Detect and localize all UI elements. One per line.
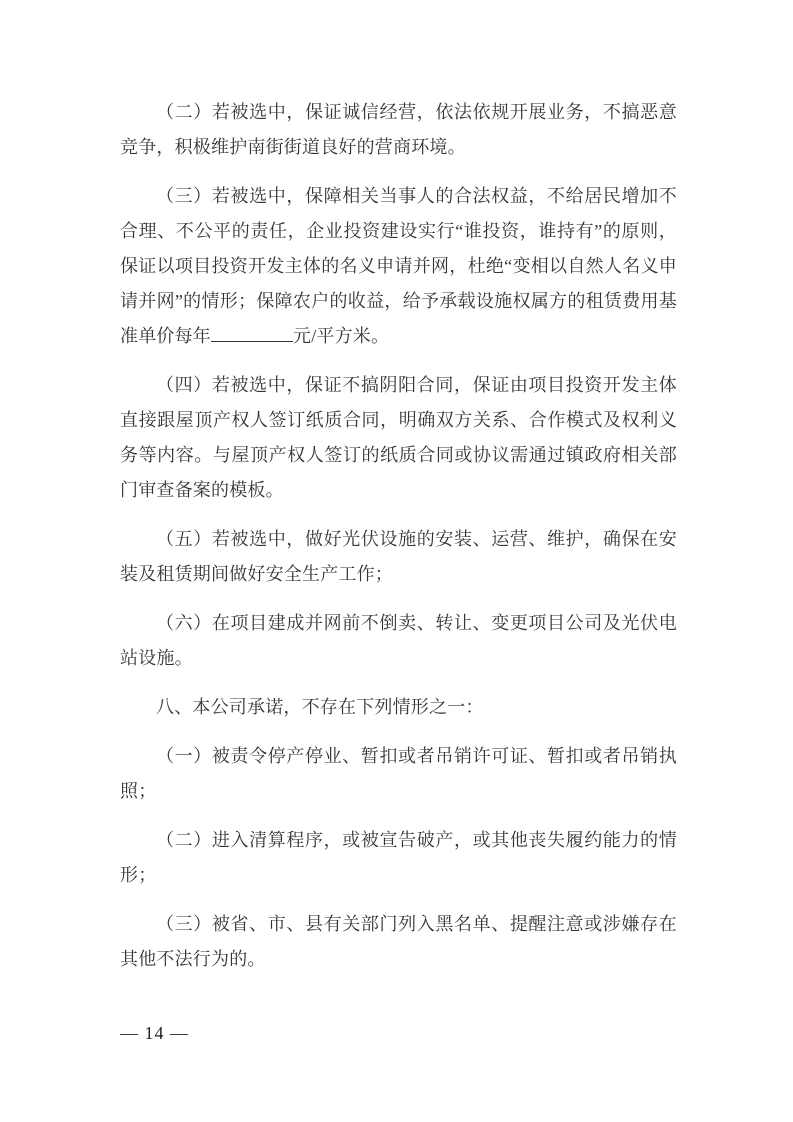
paragraph-text: （三）被省、市、县有关部门列入黑名单、提醒注意或涉嫌存在其他不法行为的。 (120, 914, 677, 969)
paragraph-text: （二）进入清算程序，或被宣告破产，或其他丧失履约能力的情形； (120, 830, 677, 885)
paragraph: （一）被责令停产停业、暂扣或者吊销许可证、暂扣或者吊销执照； (120, 739, 677, 809)
paragraph-text: 八、本公司承诺，不存在下列情形之一： (156, 697, 484, 717)
paragraph-text: （一）被责令停产停业、暂扣或者吊销许可证、暂扣或者吊销执照； (120, 746, 677, 801)
paragraph-text: （五）若被选中，做好光伏设施的安装、运营、维护，确保在安装及租赁期间做好安全生产… (120, 529, 677, 584)
paragraph-text-after-blank: 元/平方米。 (293, 326, 389, 346)
paragraph-text: （四）若被选中，保证不搞阴阳合同，保证由项目投资开发主体直接跟屋顶产权人签订纸质… (120, 375, 677, 500)
document-page: （二）若被选中，保证诚信经营，依法依规开展业务，不搞恶意竞争，积极维护南街街道良… (0, 0, 793, 1122)
paragraph-text: （二）若被选中，保证诚信经营，依法依规开展业务，不搞恶意竞争，积极维护南街街道良… (120, 102, 677, 157)
fill-in-blank-underline (211, 340, 293, 342)
paragraph: （四）若被选中，保证不搞阴阳合同，保证由项目投资开发主体直接跟屋顶产权人签订纸质… (120, 368, 677, 508)
paragraph: （二）若被选中，保证诚信经营，依法依规开展业务，不搞恶意竞争，积极维护南街街道良… (120, 95, 677, 165)
paragraph-text: （六）在项目建成并网前不倒卖、转让、变更项目公司及光伏电站设施。 (120, 613, 677, 668)
paragraph: （三）被省、市、县有关部门列入黑名单、提醒注意或涉嫌存在其他不法行为的。 (120, 907, 677, 977)
paragraph: （五）若被选中，做好光伏设施的安装、运营、维护，确保在安装及租赁期间做好安全生产… (120, 522, 677, 592)
paragraph: （六）在项目建成并网前不倒卖、转让、变更项目公司及光伏电站设施。 (120, 606, 677, 676)
page-footer: — 14 — (120, 1023, 189, 1044)
paragraph: （二）进入清算程序，或被宣告破产，或其他丧失履约能力的情形； (120, 823, 677, 893)
paragraph: 八、本公司承诺，不存在下列情形之一： (120, 690, 677, 725)
paragraph-text: （三）若被选中，保障相关当事人的合法权益，不给居民增加不合理、不公平的责任，企业… (120, 186, 677, 346)
page-number: — 14 — (120, 1023, 189, 1043)
document-body: （二）若被选中，保证诚信经营，依法依规开展业务，不搞恶意竞争，积极维护南街街道良… (120, 95, 677, 991)
paragraph: （三）若被选中，保障相关当事人的合法权益，不给居民增加不合理、不公平的责任，企业… (120, 179, 677, 354)
